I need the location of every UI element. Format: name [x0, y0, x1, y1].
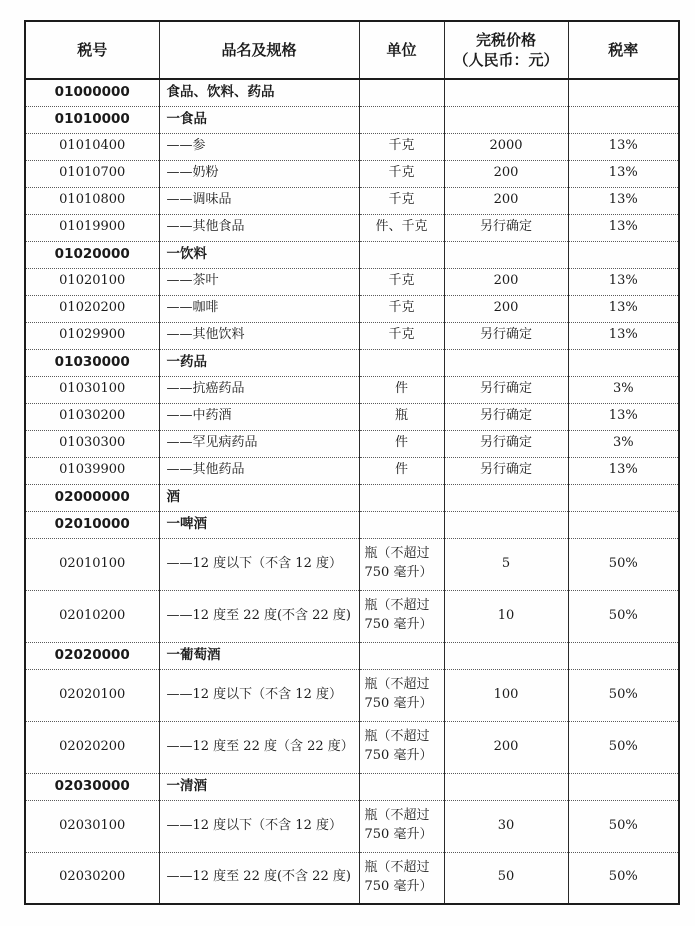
name-cell: ——中药酒	[159, 403, 359, 430]
code-cell: 02010100	[25, 538, 159, 590]
price-cell: 2000	[444, 133, 568, 160]
name-cell: ——其他饮料	[159, 322, 359, 349]
table-row: 01030000 一药品	[25, 349, 679, 376]
rate-cell	[568, 241, 679, 268]
rate-cell: 50%	[568, 538, 679, 590]
header-cell-price: 完税价格 （人民币：元）	[444, 21, 568, 79]
price-cell: 10	[444, 590, 568, 642]
rate-cell: 3%	[568, 376, 679, 403]
table-row: 01010700 ——奶粉 千克 200 13%	[25, 160, 679, 187]
table-row: 02030200 ——12 度至 22 度(不含 22 度) 瓶（不超过 750…	[25, 852, 679, 904]
rate-cell: 13%	[568, 214, 679, 241]
name-cell: ——抗癌药品	[159, 376, 359, 403]
table-row: 02030000 一清酒	[25, 773, 679, 800]
name-cell: ——茶叶	[159, 268, 359, 295]
price-cell: 200	[444, 295, 568, 322]
unit-cell: 瓶（不超过 750 毫升）	[359, 538, 444, 590]
name-cell: 一饮料	[159, 241, 359, 268]
rate-cell: 3%	[568, 430, 679, 457]
rate-cell	[568, 484, 679, 511]
rate-cell: 13%	[568, 403, 679, 430]
price-cell: 50	[444, 852, 568, 904]
rate-cell: 50%	[568, 852, 679, 904]
table-row: 01010400 ——参 千克 2000 13%	[25, 133, 679, 160]
unit-cell: 瓶（不超过 750 毫升）	[359, 669, 444, 721]
header-cell-rate: 税率	[568, 21, 679, 79]
rate-cell: 50%	[568, 721, 679, 773]
price-cell: 30	[444, 800, 568, 852]
table-row: 01030100 ——抗癌药品 件 另行确定 3%	[25, 376, 679, 403]
unit-cell	[359, 349, 444, 376]
price-cell: 另行确定	[444, 376, 568, 403]
rate-cell: 13%	[568, 268, 679, 295]
price-cell	[444, 241, 568, 268]
table-row: 01020100 ——茶叶 千克 200 13%	[25, 268, 679, 295]
code-cell: 01029900	[25, 322, 159, 349]
header-cell-name: 品名及规格	[159, 21, 359, 79]
code-cell: 01019900	[25, 214, 159, 241]
table-row: 01020200 ——咖啡 千克 200 13%	[25, 295, 679, 322]
code-cell: 02030100	[25, 800, 159, 852]
code-cell: 01039900	[25, 457, 159, 484]
code-cell: 02010000	[25, 511, 159, 538]
table-row: 02010000 一啤酒	[25, 511, 679, 538]
rate-cell	[568, 79, 679, 106]
price-cell: 另行确定	[444, 322, 568, 349]
unit-cell	[359, 511, 444, 538]
rate-cell: 50%	[568, 669, 679, 721]
unit-cell: 千克	[359, 133, 444, 160]
unit-cell: 千克	[359, 322, 444, 349]
code-cell: 02000000	[25, 484, 159, 511]
rate-cell	[568, 349, 679, 376]
price-cell: 另行确定	[444, 403, 568, 430]
rate-cell	[568, 511, 679, 538]
unit-cell: 瓶（不超过 750 毫升）	[359, 721, 444, 773]
unit-cell: 千克	[359, 295, 444, 322]
table-row: 02000000 酒	[25, 484, 679, 511]
table-row: 01030300 ——罕见病药品 件 另行确定 3%	[25, 430, 679, 457]
unit-cell: 瓶	[359, 403, 444, 430]
unit-cell	[359, 642, 444, 669]
name-cell: 食品、饮料、药品	[159, 79, 359, 106]
price-cell	[444, 349, 568, 376]
name-cell: ——其他食品	[159, 214, 359, 241]
code-cell: 01030100	[25, 376, 159, 403]
name-cell: 一药品	[159, 349, 359, 376]
name-cell: ——12 度以下（不含 12 度）	[159, 800, 359, 852]
code-cell: 01000000	[25, 79, 159, 106]
table-row: 02010100 ——12 度以下（不含 12 度） 瓶（不超过 750 毫升）…	[25, 538, 679, 590]
code-cell: 02020100	[25, 669, 159, 721]
table-row: 01010000 一食品	[25, 106, 679, 133]
rate-cell	[568, 642, 679, 669]
unit-cell: 件	[359, 430, 444, 457]
code-cell: 01010800	[25, 187, 159, 214]
unit-cell: 件	[359, 376, 444, 403]
rate-cell	[568, 773, 679, 800]
price-cell: 200	[444, 268, 568, 295]
code-cell: 01020000	[25, 241, 159, 268]
unit-cell: 千克	[359, 160, 444, 187]
table-row: 01019900 ——其他食品 件、千克 另行确定 13%	[25, 214, 679, 241]
code-cell: 01030300	[25, 430, 159, 457]
rate-cell: 13%	[568, 322, 679, 349]
table-row: 02010200 ——12 度至 22 度(不含 22 度) 瓶（不超过 750…	[25, 590, 679, 642]
unit-cell: 千克	[359, 268, 444, 295]
name-cell: ——12 度至 22 度(不含 22 度)	[159, 590, 359, 642]
unit-cell: 千克	[359, 187, 444, 214]
name-cell: ——12 度至 22 度（含 22 度）	[159, 721, 359, 773]
rate-cell: 50%	[568, 800, 679, 852]
rate-cell: 13%	[568, 457, 679, 484]
price-cell: 200	[444, 187, 568, 214]
name-cell: ——罕见病药品	[159, 430, 359, 457]
price-cell: 另行确定	[444, 214, 568, 241]
unit-cell	[359, 241, 444, 268]
table-row: 01030200 ——中药酒 瓶 另行确定 13%	[25, 403, 679, 430]
table-header: 税号 品名及规格 单位 完税价格 （人民币：元） 税率	[25, 21, 679, 79]
name-cell: ——12 度以下（不含 12 度）	[159, 669, 359, 721]
code-cell: 01020200	[25, 295, 159, 322]
rate-cell: 13%	[568, 160, 679, 187]
code-cell: 02020200	[25, 721, 159, 773]
code-cell: 01030000	[25, 349, 159, 376]
price-cell	[444, 773, 568, 800]
unit-cell	[359, 79, 444, 106]
name-cell: 酒	[159, 484, 359, 511]
code-cell: 02010200	[25, 590, 159, 642]
table-header-row: 税号 品名及规格 单位 完税价格 （人民币：元） 税率	[25, 21, 679, 79]
unit-cell	[359, 773, 444, 800]
name-cell: ——奶粉	[159, 160, 359, 187]
price-cell: 5	[444, 538, 568, 590]
header-cell-code: 税号	[25, 21, 159, 79]
price-cell	[444, 484, 568, 511]
price-cell: 200	[444, 721, 568, 773]
price-cell	[444, 511, 568, 538]
name-cell: 一啤酒	[159, 511, 359, 538]
table-body: 01000000 食品、饮料、药品 01010000 一食品 01010400 …	[25, 79, 679, 904]
name-cell: 一葡萄酒	[159, 642, 359, 669]
header-cell-unit: 单位	[359, 21, 444, 79]
code-cell: 01010400	[25, 133, 159, 160]
document-page: 税号 品名及规格 单位 完税价格 （人民币：元） 税率 01000000 食品、…	[0, 0, 695, 926]
price-cell: 100	[444, 669, 568, 721]
table-row: 01039900 ——其他药品 件 另行确定 13%	[25, 457, 679, 484]
table-row: 01000000 食品、饮料、药品	[25, 79, 679, 106]
price-cell: 200	[444, 160, 568, 187]
code-cell: 02030200	[25, 852, 159, 904]
name-cell: ——调味品	[159, 187, 359, 214]
name-cell: ——12 度以下（不含 12 度）	[159, 538, 359, 590]
code-cell: 02030000	[25, 773, 159, 800]
rate-cell	[568, 106, 679, 133]
name-cell: ——其他药品	[159, 457, 359, 484]
price-cell	[444, 79, 568, 106]
tax-rate-table: 税号 品名及规格 单位 完税价格 （人民币：元） 税率 01000000 食品、…	[24, 20, 680, 905]
unit-cell: 件、千克	[359, 214, 444, 241]
code-cell: 01010000	[25, 106, 159, 133]
table-row: 01010800 ——调味品 千克 200 13%	[25, 187, 679, 214]
name-cell: ——咖啡	[159, 295, 359, 322]
price-cell	[444, 106, 568, 133]
table-row: 02020100 ——12 度以下（不含 12 度） 瓶（不超过 750 毫升）…	[25, 669, 679, 721]
price-cell	[444, 642, 568, 669]
name-cell: ——参	[159, 133, 359, 160]
name-cell: 一清酒	[159, 773, 359, 800]
rate-cell: 50%	[568, 590, 679, 642]
code-cell: 01030200	[25, 403, 159, 430]
table-row: 02020000 一葡萄酒	[25, 642, 679, 669]
table-row: 01020000 一饮料	[25, 241, 679, 268]
unit-cell: 瓶（不超过 750 毫升）	[359, 590, 444, 642]
unit-cell	[359, 484, 444, 511]
table-row: 02030100 ——12 度以下（不含 12 度） 瓶（不超过 750 毫升）…	[25, 800, 679, 852]
unit-cell: 瓶（不超过 750 毫升）	[359, 852, 444, 904]
rate-cell: 13%	[568, 187, 679, 214]
unit-cell: 瓶（不超过 750 毫升）	[359, 800, 444, 852]
code-cell: 01010700	[25, 160, 159, 187]
code-cell: 01020100	[25, 268, 159, 295]
table-row: 02020200 ——12 度至 22 度（含 22 度） 瓶（不超过 750 …	[25, 721, 679, 773]
unit-cell: 件	[359, 457, 444, 484]
name-cell: 一食品	[159, 106, 359, 133]
price-cell: 另行确定	[444, 457, 568, 484]
price-cell: 另行确定	[444, 430, 568, 457]
rate-cell: 13%	[568, 133, 679, 160]
rate-cell: 13%	[568, 295, 679, 322]
table-row: 01029900 ——其他饮料 千克 另行确定 13%	[25, 322, 679, 349]
name-cell: ——12 度至 22 度(不含 22 度)	[159, 852, 359, 904]
code-cell: 02020000	[25, 642, 159, 669]
unit-cell	[359, 106, 444, 133]
